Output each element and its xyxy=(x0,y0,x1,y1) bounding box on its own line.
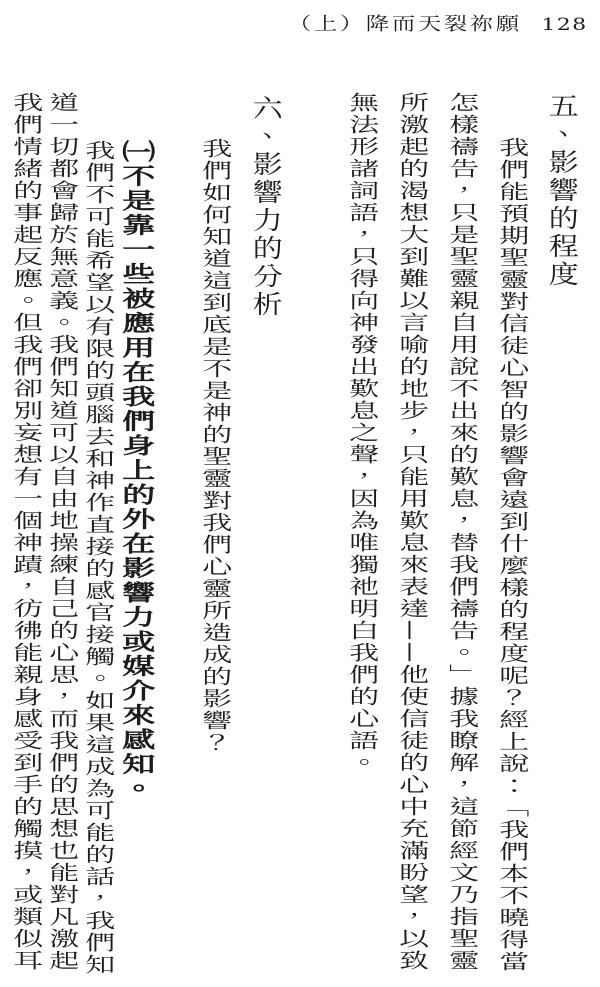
book-page: （上）降而天裂祢願 128 五、影響的程度 我們能預期聖靈對信徒心智的影響會遠到… xyxy=(0,0,600,987)
section-5-paragraph-column-1: 我們能預期聖靈對信徒心智的影響會遠到什麼樣的程度呢？經上說：「我們本不曉得當 xyxy=(497,137,527,973)
section-5-heading: 五、影響的程度 xyxy=(547,93,577,289)
section-6-paragraph-column-3: 道一切都會歸於無意義。我們知道可以自由地操練自己的心思，而我們的思想也能對凡激起 xyxy=(47,92,77,972)
section-5-paragraph-column-4: 無法形諸詞語，只得向神發出歎息之聲，因為唯獨祂明白我們的心語。 xyxy=(347,92,377,774)
section-6-paragraph-column-4: 我們情緒的事起反應。但我們卻別妄想有一個神蹟，彷彿能親身感受到手的觸摸，或類似耳 xyxy=(11,92,41,972)
section-5-paragraph-column-3: 所激起的渴想大到難以言喻的地步，只能用歎息來表達——他使信徒的心中充滿盼望，以致 xyxy=(397,92,427,972)
running-title: （上）降而天裂祢願 xyxy=(287,10,521,36)
section-6-paragraph-column-1: 我們如何知道這到底是不是神的聖靈對我們心靈所造成的影響？ xyxy=(200,138,230,754)
section-6-paragraph-column-2: 我們不可能希望以有限的頭腦去和神作直接的感官接觸。如果這成為可能的話，我們知 xyxy=(83,140,113,976)
section-6-subpoint-heading: ㈠不是靠一些被應用在我們身上的外在影響力或媒介來感知。 xyxy=(120,140,153,802)
section-5-paragraph-column-2: 怎樣禱告，只是聖靈親自用說不出來的歎息，替我們禱告。」據我瞭解，這節經文乃指聖靈 xyxy=(447,92,477,972)
section-6-heading: 六、影響力的分析 xyxy=(251,95,281,319)
page-number: 128 xyxy=(541,15,587,35)
page-header: （上）降而天裂祢願 128 xyxy=(287,10,587,36)
